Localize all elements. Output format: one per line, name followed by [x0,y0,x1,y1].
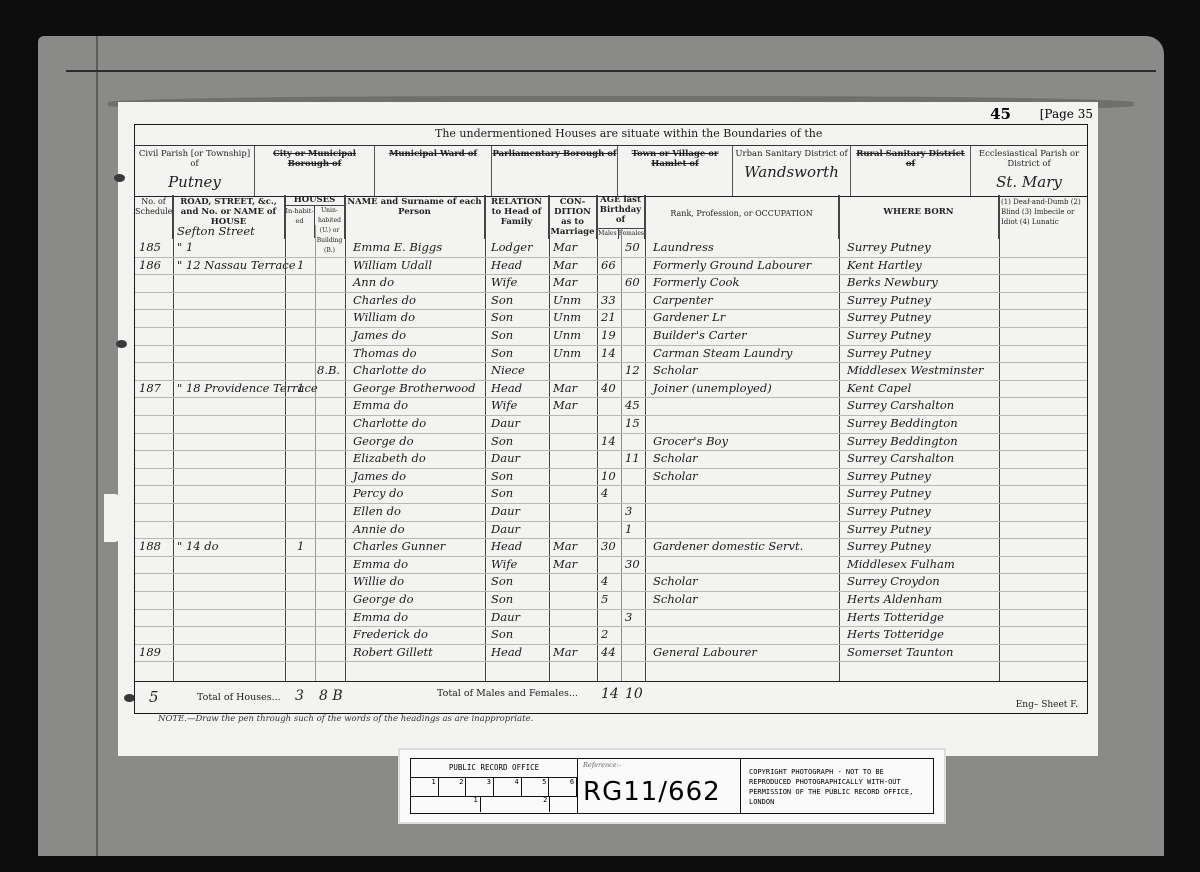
condition: Mar [553,258,577,272]
address: " 14 do [177,539,219,553]
relation: Wife [491,398,517,412]
male-age: 14 [601,434,616,448]
occupation: Formerly Ground Labourer [653,258,811,272]
birthplace: Surrey Putney [847,310,931,324]
col-name-label: NAME and Surname of each Person [347,197,481,217]
birthplace: Kent Hartley [847,258,922,272]
person-name: George do [353,592,414,606]
boundaries-title: The undermentioned Houses are situate wi… [435,127,822,140]
occupation: Carman Steam Laundry [653,346,792,360]
occupation: Laundress [653,240,714,254]
person-name: Ann do [353,275,394,289]
rural-sanitary-cell: Rural Sanitary District of [851,146,971,196]
condition: Unm [553,328,581,342]
col-houses-label: HOUSES [294,195,336,205]
relation: Wife [491,557,517,571]
registration-districts: Civil Parish [or Township] of Putney Cit… [135,145,1087,197]
birthplace: Surrey Putney [847,486,931,500]
relation: Niece [491,363,525,377]
relation: Son [491,574,513,588]
sheet-number: 45 [990,105,1011,123]
scale-tick: 6 [549,778,577,796]
relation: Son [491,592,513,606]
civil-parish-label: Civil Parish [or Township] of [139,149,250,169]
address: " 12 Nassau Terrace [177,258,296,272]
total-females: 10 [625,686,643,702]
female-age: 3 [625,610,632,624]
relation: Son [491,434,513,448]
occupation: Scholar [653,451,698,465]
record-office-label: PUBLIC RECORD OFFICE [411,763,577,772]
civil-parish-cell: Civil Parish [or Township] of Putney [135,146,255,196]
female-age: 12 [625,363,640,377]
reference-slip: PUBLIC RECORD OFFICE 1 2 3 4 5 6 1 2 Ref… [398,748,946,824]
record-office-scale: PUBLIC RECORD OFFICE 1 2 3 4 5 6 1 2 [411,759,578,813]
person-name: William Udall [353,258,432,272]
footnote: NOTE.—Draw the pen through such of the w… [158,714,533,724]
relation: Head [491,645,522,659]
page-label: [Page 35 [1040,107,1093,121]
total-males: 14 [601,686,619,702]
person-name: James do [353,328,406,342]
census-row: 188" 14 do1Charles GunnerHeadMar30Garden… [135,538,1087,555]
person-name: Ellen do [353,504,401,518]
person-name: George do [353,434,414,448]
schedule-number: 185 [139,240,161,254]
occupation: Formerly Cook [653,275,739,289]
person-name: James do [353,469,406,483]
person-name: Emma do [353,610,408,624]
inhabited-count: 1 [297,258,304,272]
female-age: 30 [625,557,640,571]
town-village-cell: Town or Village or Hamlet of [618,146,733,196]
female-age: 60 [625,275,640,289]
condition: Mar [553,539,577,553]
person-name: George Brotherwood [353,381,476,395]
street-name: Sefton Street [177,224,255,238]
female-age: 1 [625,522,632,536]
census-row: James doSon10ScholarSurrey Putney [135,468,1087,485]
mount-top-rule [66,70,1156,72]
relation: Son [491,310,513,324]
male-age: 66 [601,258,616,272]
person-name: Frederick do [353,627,428,641]
municipal-ward-cell: Municipal Ward of [375,146,492,196]
birthplace: Surrey Putney [847,522,931,536]
mount-margin-line [96,36,98,856]
person-name: Charlotte do [353,416,426,430]
urban-sanitary-cell: Urban Sanitary District of Wandsworth [733,146,851,196]
address: " 1 [177,240,193,254]
birthplace: Surrey Putney [847,346,931,360]
birthplace: Surrey Putney [847,240,931,254]
person-name: Willie do [353,574,404,588]
person-name: William do [353,310,415,324]
ecclesiastical-parish-label: Ecclesiastical Parish or District of [979,149,1079,169]
ecclesiastical-parish-value: St. Mary [971,173,1087,191]
occupation: Scholar [653,592,698,606]
occupation: Builder's Carter [653,328,747,342]
schedule-number: 187 [139,381,161,395]
female-age: 15 [625,416,640,430]
census-row: Willie doSon4ScholarSurrey Croydon [135,573,1087,590]
census-row: James doSonUnm19Builder's CarterSurrey P… [135,327,1087,344]
col-where-born-label: WHERE BORN [883,207,953,217]
relation: Head [491,381,522,395]
occupation: Scholar [653,469,698,483]
torn-edge [104,494,122,542]
scale-tick: 5 [522,778,550,796]
inch-scale: 1 2 [411,796,577,812]
relation: Head [491,258,522,272]
inhabited-count: 1 [297,381,304,395]
person-name: Percy do [353,486,403,500]
municipal-borough-cell: City or Municipal Borough of [255,146,375,196]
condition: Unm [553,310,581,324]
person-name: Elizabeth do [353,451,426,465]
census-rows: Sefton Street185" 1Emma E. BiggsLodgerMa… [135,239,1087,681]
urban-sanitary-label: Urban Sanitary District of [735,149,847,159]
birthplace: Surrey Putney [847,504,931,518]
scale-tick: 3 [466,778,494,796]
census-row: 185" 1Emma E. BiggsLodgerMar50LaundressS… [135,239,1087,256]
occupation: Scholar [653,363,698,377]
condition: Mar [553,557,577,571]
scale-tick: 4 [494,778,522,796]
census-row: Emma doDaur3Herts Totteridge [135,609,1087,626]
condition: Mar [553,240,577,254]
person-name: Emma do [353,398,408,412]
birthplace: Surrey Beddington [847,434,958,448]
birthplace: Surrey Carshalton [847,451,954,465]
total-houses-label: Total of Houses... [197,692,281,703]
relation: Daur [491,416,520,430]
census-row: William doSonUnm21Gardener LrSurrey Putn… [135,309,1087,326]
relation: Son [491,627,513,641]
person-name: Thomas do [353,346,417,360]
birthplace: Surrey Putney [847,293,931,307]
person-name: Charlotte do [353,363,426,377]
relation: Son [491,293,513,307]
census-row: 8.B.Charlotte doNiece12ScholarMiddlesex … [135,362,1087,379]
birthplace: Herts Totteridge [847,627,944,641]
uninhabited-mark: 8.B. [317,363,340,377]
relation: Son [491,328,513,342]
birthplace: Surrey Croydon [847,574,940,588]
census-row: Charles doSonUnm33CarpenterSurrey Putney [135,292,1087,309]
scale-tick: 1 [411,778,439,796]
total-schedules: 5 [149,688,159,706]
male-age: 30 [601,539,616,553]
town-village-label: Town or Village or Hamlet of [632,149,719,169]
occupation: Gardener Lr [653,310,725,324]
occupation: General Labourer [653,645,757,659]
census-row: Frederick doSon2Herts Totteridge [135,626,1087,643]
schedule-number: 188 [139,539,161,553]
male-age: 2 [601,627,608,641]
census-sheet: 45 [Page 35 The undermentioned Houses ar… [118,102,1098,756]
occupation: Gardener domestic Servt. [653,539,803,553]
rural-sanitary-label: Rural Sanitary District of [856,149,964,169]
census-row: Elizabeth doDaur11ScholarSurrey Carshalt… [135,450,1087,467]
municipal-borough-label: City or Municipal Borough of [273,149,356,169]
census-row: Thomas doSonUnm14Carman Steam LaundrySur… [135,345,1087,362]
condition: Unm [553,346,581,360]
birthplace: Herts Totteridge [847,610,944,624]
male-age: 14 [601,346,616,360]
male-age: 33 [601,293,616,307]
birthplace: Surrey Putney [847,328,931,342]
reference-box: Reference:- RG11/662 [577,759,741,813]
birthplace: Kent Capel [847,381,911,395]
relation: Daur [491,610,520,624]
male-age: 4 [601,574,608,588]
occupation: Scholar [653,574,698,588]
person-name: Emma E. Biggs [353,240,442,254]
census-row: Emma doWifeMar45Surrey Carshalton [135,397,1087,414]
census-row: George doSon5ScholarHerts Aldenham [135,591,1087,608]
copyright-notice: COPYRIGHT PHOTOGRAPH - NOT TO BE REPRODU… [749,767,929,807]
census-row: Ellen doDaur3Surrey Putney [135,503,1087,520]
total-uninhabited: 8 B [319,688,343,704]
census-row: 187" 18 Providence Terrace1George Brothe… [135,380,1087,397]
relation: Son [491,469,513,483]
female-age: 11 [625,451,640,465]
scale-tick: 2 [481,796,551,812]
census-row: 186" 12 Nassau Terrace1William UdallHead… [135,257,1087,274]
relation: Daur [491,522,520,536]
scale-tick: 1 [411,796,481,812]
binding-hole-icon [114,174,125,182]
female-age: 45 [625,398,640,412]
census-row: Emma doWifeMar30Middlesex Fulham [135,556,1087,573]
census-row: Charlotte doDaur15Surrey Beddington [135,415,1087,432]
relation: Lodger [491,240,533,254]
person-name: Charles do [353,293,416,307]
street-heading: Sefton Street [135,223,1087,240]
occupation: Carpenter [653,293,713,307]
census-row: Percy doSon4Surrey Putney [135,485,1087,502]
person-name: Charles Gunner [353,539,445,553]
ruled-line [135,661,1087,662]
cm-scale: 1 2 3 4 5 6 [411,777,577,797]
male-age: 40 [601,381,616,395]
condition: Mar [553,275,577,289]
scale-tick: 2 [439,778,467,796]
col-age-label: AGE last Birthday of [600,195,641,225]
birthplace: Surrey Putney [847,469,931,483]
parliamentary-borough-label: Parliamentary Borough of [492,149,616,159]
female-age: 3 [625,504,632,518]
binding-hole-icon [116,340,127,348]
relation: Daur [491,451,520,465]
municipal-ward-label: Municipal Ward of [389,149,477,159]
birthplace: Herts Aldenham [847,592,942,606]
ecclesiastical-parish-cell: Ecclesiastical Parish or District of St.… [971,146,1087,196]
census-row: Ann doWifeMar60Formerly CookBerks Newbur… [135,274,1087,291]
reference-number: RG11/662 [583,777,721,807]
eng-sheet-label: Eng– Sheet F. [1016,700,1078,710]
birthplace: Middlesex Westminster [847,363,984,377]
totals-row: 5 Total of Houses... 3 8 B Total of Male… [135,681,1087,714]
male-age: 5 [601,592,608,606]
birthplace: Surrey Beddington [847,416,958,430]
birthplace: Surrey Putney [847,539,931,553]
occupation: Grocer's Boy [653,434,728,448]
person-name: Emma do [353,557,408,571]
male-age: 19 [601,328,616,342]
person-name: Robert Gillett [353,645,433,659]
relation: Son [491,346,513,360]
condition: Mar [553,381,577,395]
schedule-number: 186 [139,258,161,272]
male-age: 10 [601,469,616,483]
condition: Unm [553,293,581,307]
total-inhabited: 3 [295,688,304,704]
census-row: Annie doDaur1Surrey Putney [135,521,1087,538]
relation: Head [491,539,522,553]
condition: Mar [553,645,577,659]
census-table: 45 [Page 35 The undermentioned Houses ar… [134,124,1088,714]
male-age: 44 [601,645,616,659]
inhabited-count: 1 [297,539,304,553]
parliamentary-borough-cell: Parliamentary Borough of [492,146,618,196]
birthplace: Middlesex Fulham [847,557,955,571]
schedule-number: 189 [139,645,161,659]
occupation: Joiner (unemployed) [653,381,772,395]
census-row: 189Robert GillettHeadMar44General Labour… [135,644,1087,661]
birthplace: Surrey Carshalton [847,398,954,412]
relation: Daur [491,504,520,518]
urban-sanitary-value: Wandsworth [733,163,850,181]
relation: Wife [491,275,517,289]
person-name: Annie do [353,522,405,536]
civil-parish-value: Putney [135,173,254,191]
male-age: 4 [601,486,608,500]
total-persons-label: Total of Males and Females... [437,688,578,699]
male-age: 21 [601,310,616,324]
birthplace: Somerset Taunton [847,645,953,659]
female-age: 50 [625,240,640,254]
census-row: George doSon14Grocer's BoySurrey Bedding… [135,433,1087,450]
condition: Mar [553,398,577,412]
reference-label: Reference:- [583,761,621,769]
birthplace: Berks Newbury [847,275,938,289]
relation: Son [491,486,513,500]
